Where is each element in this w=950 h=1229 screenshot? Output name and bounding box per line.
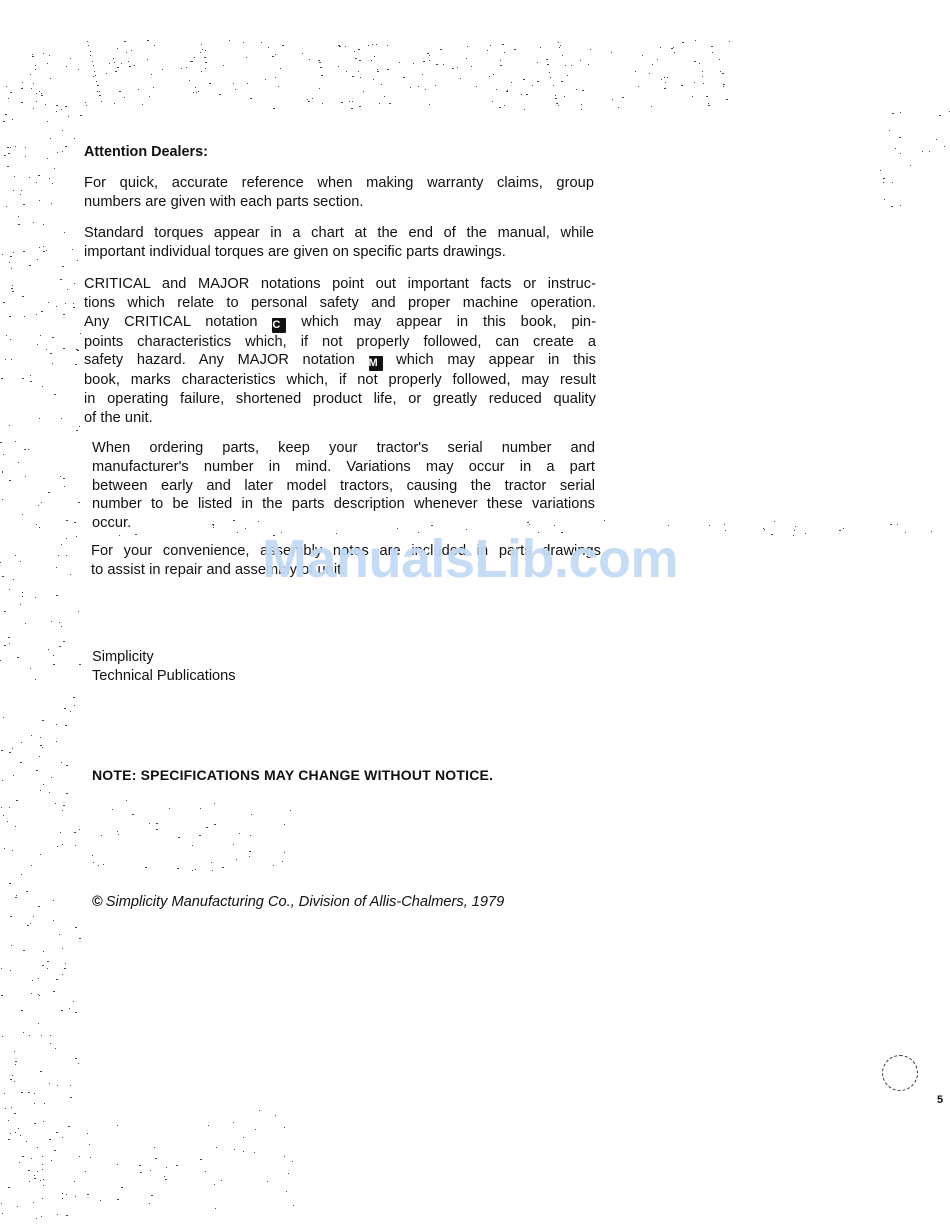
text-line: When ordering parts, keep your tractor's…	[92, 439, 595, 458]
text-line: For quick, accurate reference when makin…	[84, 174, 594, 193]
text-line-with-badge: safety hazard. Any MAJOR notation M whic…	[84, 351, 596, 371]
warranty-paragraph: For quick, accurate reference when makin…	[84, 174, 594, 212]
copyright-line: ©Simplicity Manufacturing Co., Division …	[92, 894, 504, 910]
scanned-manual-page: Attention Dealers: For quick, accurate r…	[0, 0, 950, 1229]
copyright-icon: ©	[92, 894, 103, 910]
copyright-text: Simplicity Manufacturing Co., Division o…	[106, 894, 505, 910]
text-line: in operating failure, shortened product …	[84, 390, 596, 409]
text-line: Standard torques appear in a chart at th…	[84, 224, 594, 243]
text-line: number to be listed in the parts descrip…	[92, 495, 595, 514]
text-line: CRITICAL and MAJOR notations point out i…	[84, 275, 596, 294]
text-fragment: which may appear in this book, pin-	[301, 314, 596, 330]
major-notation-badge: M	[369, 356, 383, 371]
text-line: manufacturer's number in mind. Variation…	[92, 458, 595, 477]
text-line: tions which relate to personal safety an…	[84, 294, 596, 313]
manualslib-watermark: ManualsLib.com	[262, 528, 678, 590]
signature-company: Simplicity	[92, 649, 154, 665]
signature-department: Technical Publications	[92, 668, 236, 684]
text-fragment: Any CRITICAL notation	[84, 314, 258, 330]
page-number: 5	[937, 1094, 943, 1106]
text-line: numbers are given with each parts sectio…	[84, 193, 594, 212]
specifications-note: NOTE: SPECIFICATIONS MAY CHANGE WITHOUT …	[92, 767, 493, 783]
text-line: book, marks characteristics which, if no…	[84, 371, 596, 390]
binder-hole-mark	[882, 1055, 918, 1091]
text-line: of the unit.	[84, 409, 596, 428]
text-line: points characteristics which, if not pro…	[84, 333, 596, 352]
ordering-paragraph: When ordering parts, keep your tractor's…	[92, 439, 595, 533]
text-line: between early and later model tractors, …	[92, 477, 595, 496]
text-fragment: safety hazard. Any MAJOR notation	[84, 352, 355, 368]
text-fragment: which may appear in this	[396, 352, 596, 368]
critical-notation-badge: C	[272, 318, 286, 333]
attention-heading: Attention Dealers:	[84, 144, 208, 160]
torques-paragraph: Standard torques appear in a chart at th…	[84, 224, 594, 262]
text-line: important individual torques are given o…	[84, 243, 594, 262]
text-line-with-badge: Any CRITICAL notation C which may appear…	[84, 313, 596, 333]
notations-paragraph: CRITICAL and MAJOR notations point out i…	[84, 275, 596, 428]
